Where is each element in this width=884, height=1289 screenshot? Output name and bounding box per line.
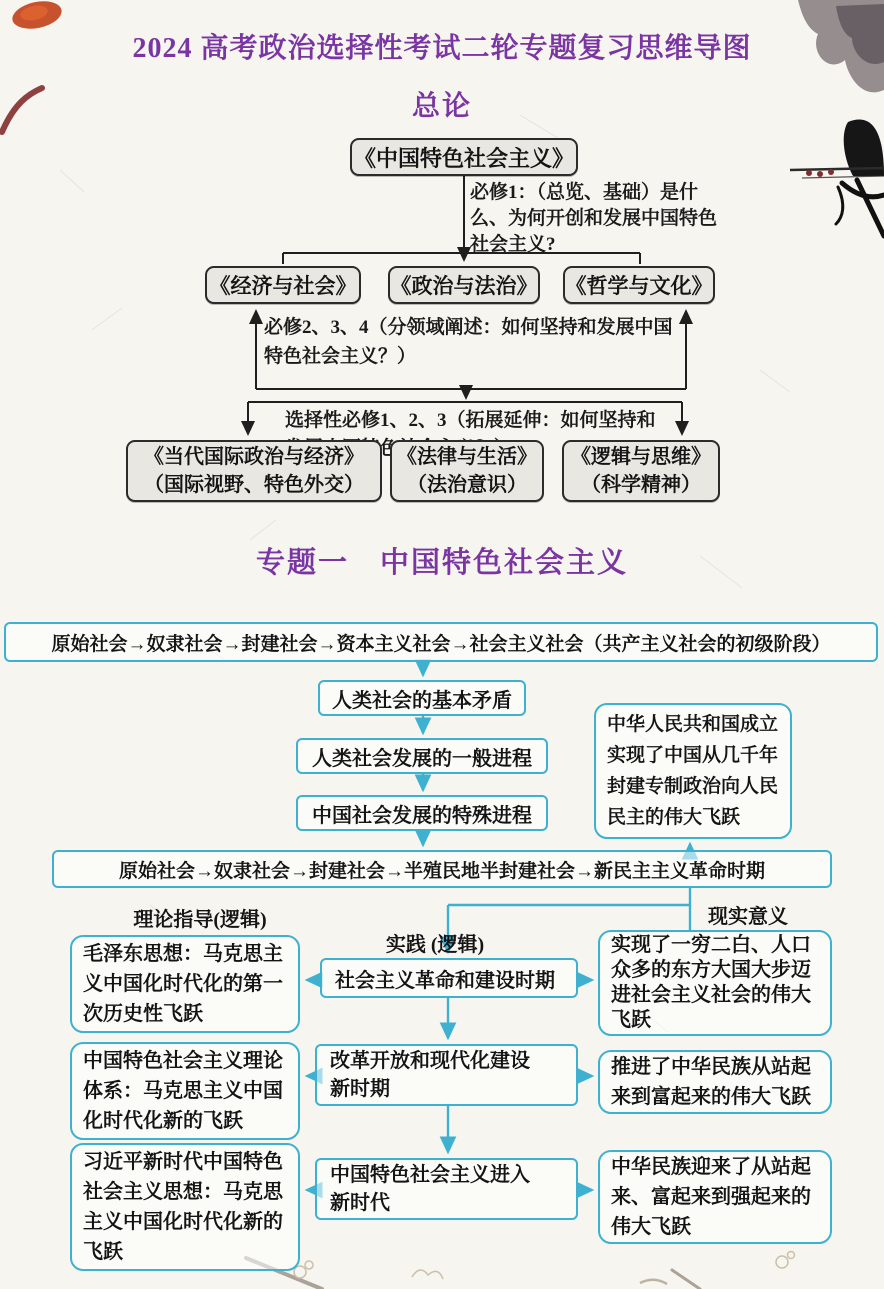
node-title: 《当代国际政治与经济》 <box>144 443 364 471</box>
overview-section-title: 总论 <box>0 84 884 124</box>
node-reform-opening-period: 改革开放和现代化建设新时期 <box>315 1044 578 1106</box>
bottom-doodles-decoration <box>246 1252 795 1289</box>
node-leap-stand-rich-strong: 中华民族迎来了从站起来、富起来到强起来的伟大飞跃 <box>598 1150 832 1244</box>
label-practice-logic: 实践 (逻辑) <box>340 928 530 957</box>
node-philosophy-culture: 《哲学与文化》 <box>563 266 715 304</box>
node-subtitle: （法治意识） <box>407 471 527 499</box>
node-prc-founding-leap: 中华人民共和国成立实现了中国从几千年封建专制政治向人民民主的伟大飞跃 <box>594 703 792 839</box>
node-chain-china-society: 原始社会→奴隶社会→封建社会→半殖民地半封建社会→新民主主义革命时期 <box>52 850 832 888</box>
node-leap-stand-to-rich: 推进了中华民族从站起来到富起来的伟大飞跃 <box>598 1050 832 1114</box>
node-special-process: 中国社会发展的特殊进程 <box>296 795 548 831</box>
note-required-234: 必修2、3、4（分领域阐述：如何坚持和发展中国特色社会主义？） <box>264 313 684 371</box>
node-economy-society: 《经济与社会》 <box>205 266 361 304</box>
node-title: 《逻辑与思维》 <box>571 443 711 471</box>
node-general-process: 人类社会发展的一般进程 <box>296 738 548 774</box>
node-title: 《法律与生活》 <box>397 443 537 471</box>
node-international-politics-economy: 《当代国际政治与经济》 （国际视野、特色外交） <box>126 440 382 502</box>
note-required-1: 必修1：（总览、基础）是什么、为何开创和发展中国特色社会主义? <box>470 180 722 258</box>
node-new-era: 中国特色社会主义进入新时代 <box>315 1158 578 1220</box>
node-politics-rule-of-law: 《政治与法治》 <box>388 266 540 304</box>
label-reality-meaning: 现实意义 <box>688 900 808 929</box>
node-xi-jinping-thought: 习近平新时代中国特色社会主义思想：马克思主义中国化时代化新的飞跃 <box>70 1143 300 1271</box>
node-basic-contradiction: 人类社会的基本矛盾 <box>318 680 526 716</box>
node-logic-thinking: 《逻辑与思维》 （科学精神） <box>562 440 720 502</box>
node-root-socialism: 《中国特色社会主义》 <box>350 138 578 176</box>
page-title: 2024 高考政治选择性考试二轮专题复习思维导图 <box>0 26 884 66</box>
node-subtitle: （科学精神） <box>581 471 701 499</box>
mindmap-canvas: 2024 高考政治选择性考试二轮专题复习思维导图 总论 《中国特色社会主义》 必… <box>0 0 884 1289</box>
node-law-life: 《法律与生活》 （法治意识） <box>390 440 544 502</box>
node-socialism-theory-system: 中国特色社会主义理论体系：马克思主义中国化时代化新的飞跃 <box>70 1042 300 1140</box>
node-subtitle: （国际视野、特色外交） <box>144 471 364 499</box>
label-theory-logic: 理论指导(逻辑) <box>100 903 300 932</box>
node-socialist-revolution-period: 社会主义革命和建设时期 <box>320 958 578 998</box>
node-chain-human-society: 原始社会→奴隶社会→封建社会→资本主义社会→社会主义社会（共产主义社会的初级阶段… <box>4 622 878 662</box>
node-leap-into-socialism: 实现了一穷二白、人口众多的东方大国大步迈进社会主义社会的伟大飞跃 <box>598 930 832 1036</box>
node-mao-zedong-thought: 毛泽东思想：马克思主义中国化时代化的第一次历史性飞跃 <box>70 935 300 1033</box>
topic-section-title: 专题一 中国特色社会主义 <box>0 540 884 581</box>
